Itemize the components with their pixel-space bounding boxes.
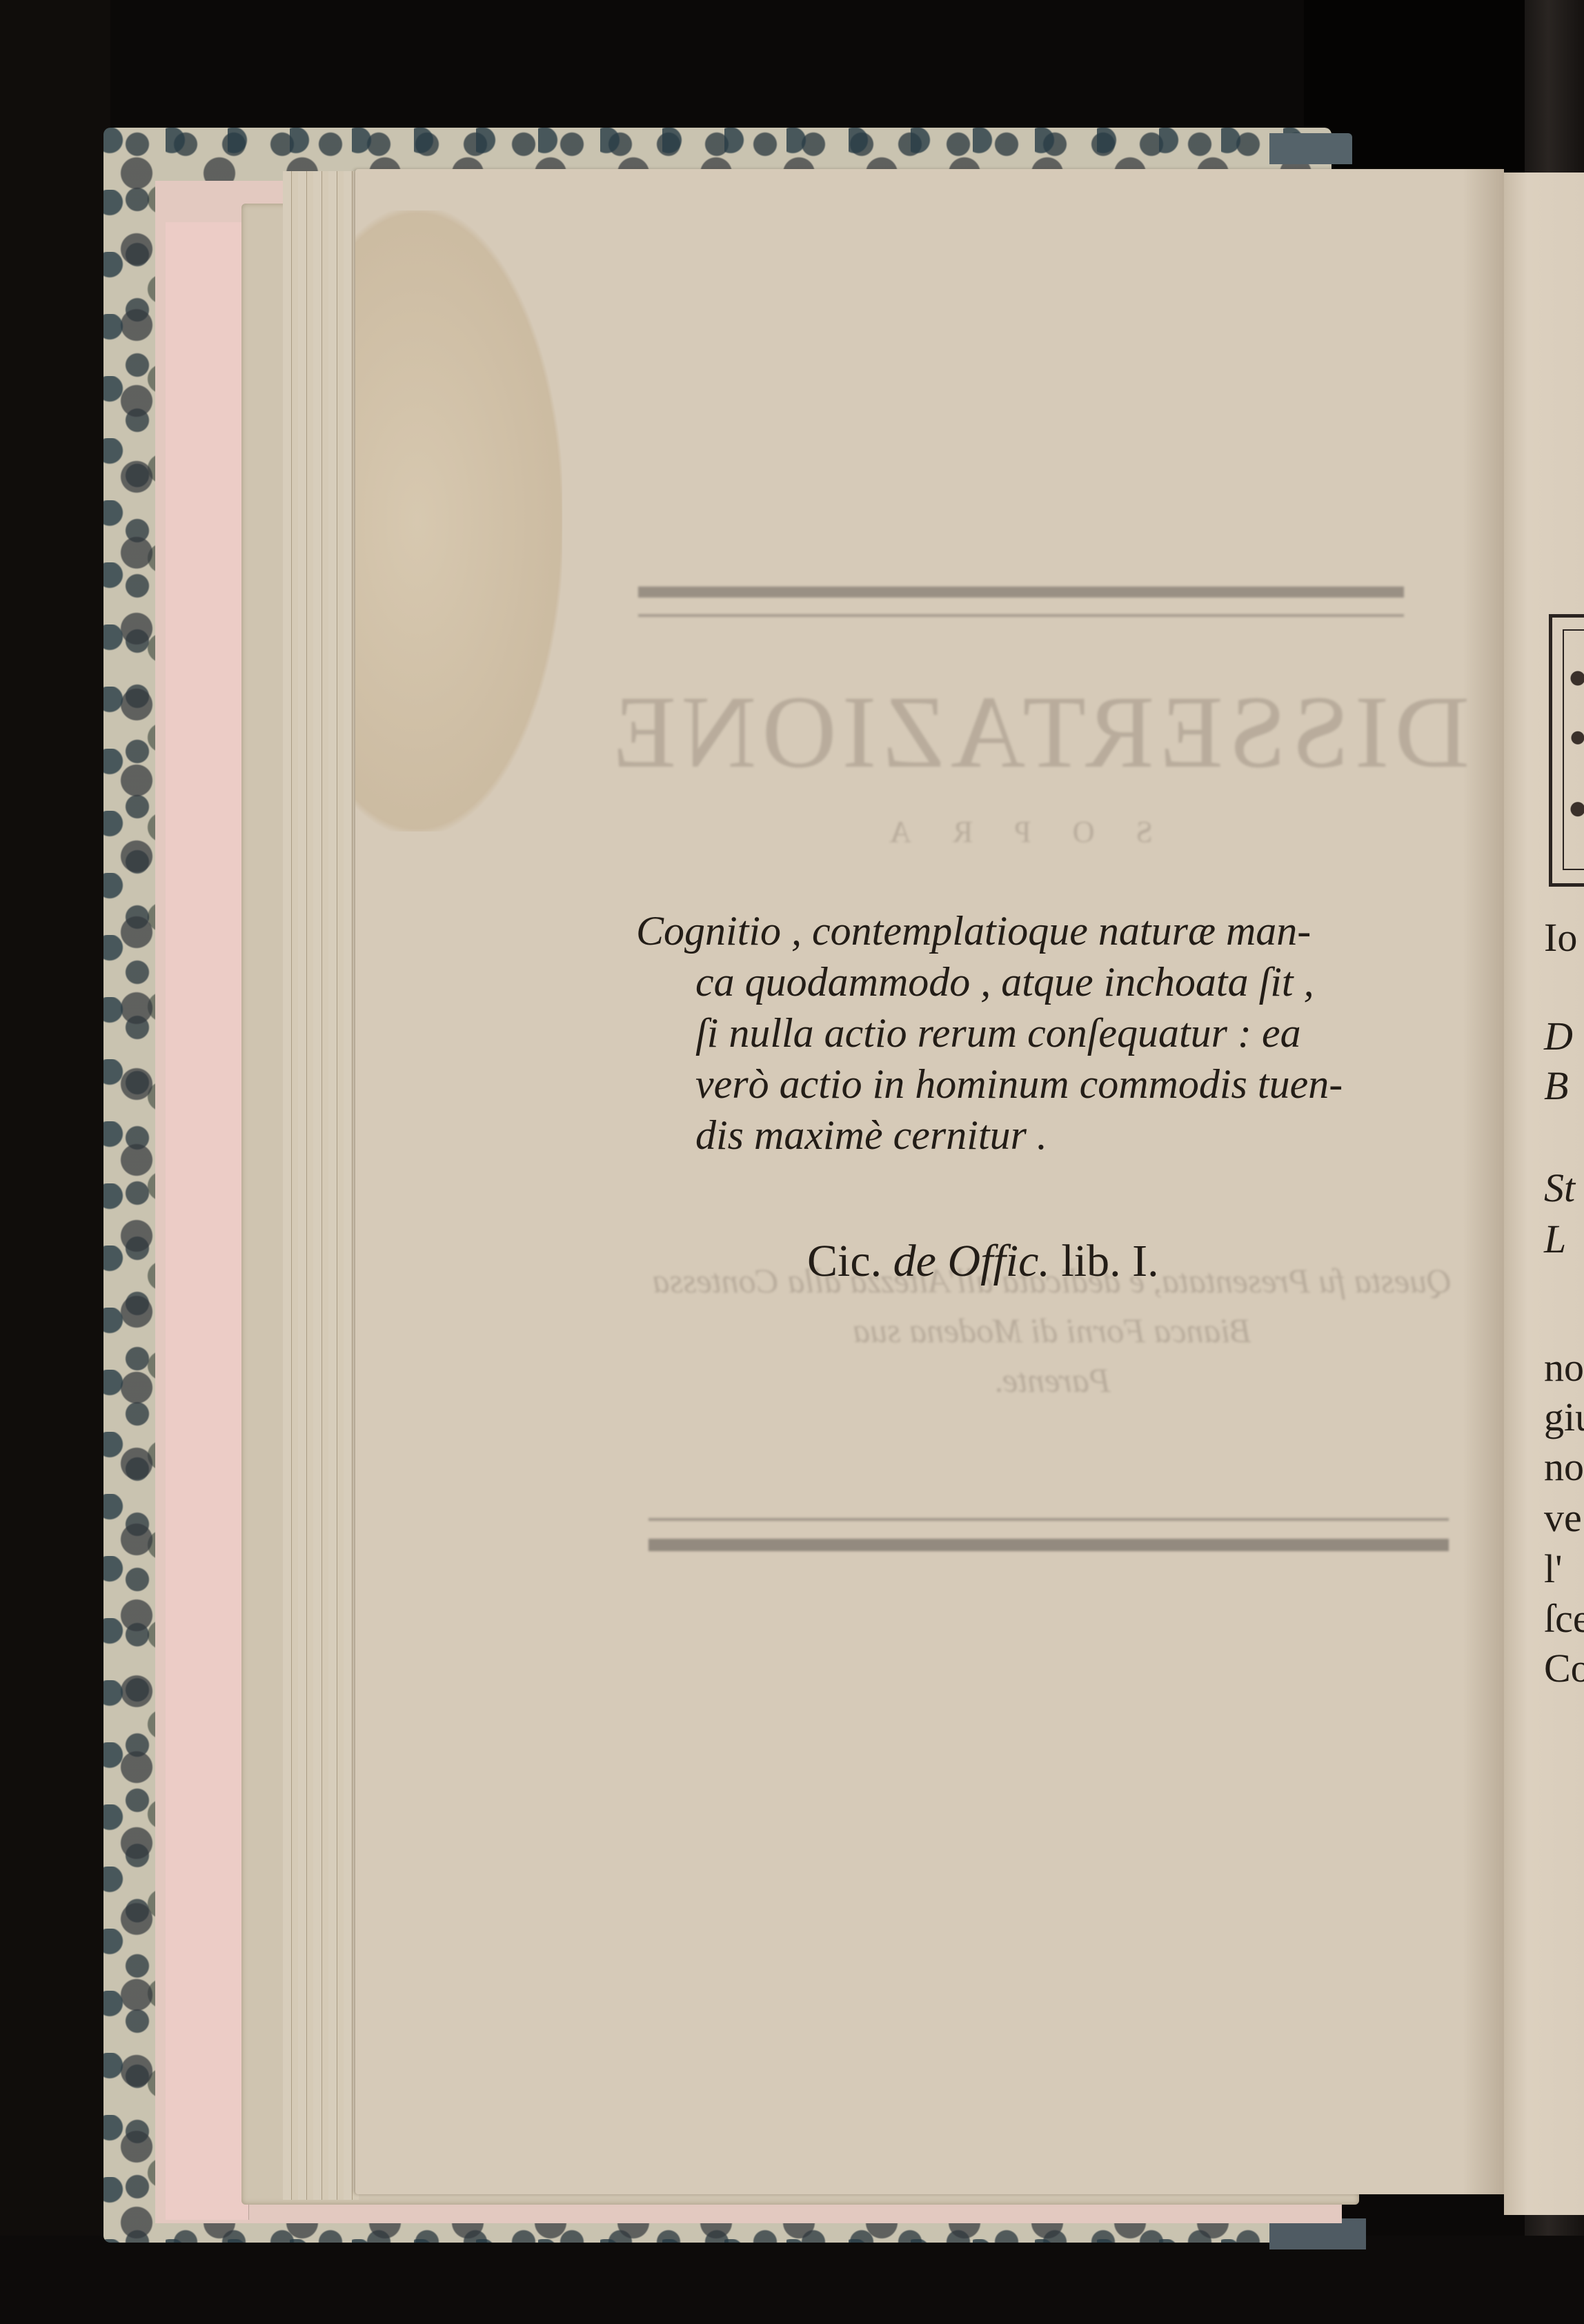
epigraph-citation: Cic. de Offic. lib. I. [807,1235,1159,1288]
facing-page-fragment: no [1544,1344,1584,1390]
epigraph-line: ca quodammodo , atque inchoata ſit , [636,956,1478,1007]
bleed-through-rule-top [638,587,1404,617]
water-stain [355,210,562,831]
facing-page-fragment: L [1544,1216,1566,1262]
epigraph-line: Cognitio , contemplatioque naturæ man- [636,905,1478,956]
citation-book: lib. I. [1061,1236,1158,1286]
ornamental-border-flourish [1563,629,1584,870]
scan-backdrop-left [0,0,110,2324]
page-stack-edges [283,171,359,2200]
facing-page-fragment: St [1544,1165,1575,1211]
facing-page-fragment: ve [1544,1495,1582,1541]
left-page [355,169,1504,2194]
facing-page-fragment: ſce [1544,1595,1584,1642]
epigraph-line: dis maximè cernitur . [636,1110,1478,1161]
epigraph-line: ſi nulla actio rerum conſequatur : ea [636,1007,1478,1058]
facing-page-fragment: l' [1544,1546,1563,1592]
facing-page-fragment: no [1544,1444,1584,1490]
facing-page-fragment: D [1544,1013,1573,1059]
bleed-through-title: DISSERTAZIONE [611,673,1469,791]
epigraph-line: verò actio in hominum commodis tuen- [636,1058,1478,1110]
facing-page-fragment: B [1544,1063,1568,1109]
facing-page-fragment: giu [1544,1394,1584,1440]
bleed-through-rule-bottom [649,1518,1449,1551]
bleed-through-subtitle: SOPRA [690,814,1311,849]
citation-author: Cic. [807,1236,882,1286]
spine-cloth-top [1269,133,1352,164]
pink-endpaper-leaf [166,222,249,2220]
epigraph: Cognitio , contemplatioque naturæ man- c… [636,905,1478,1161]
facing-page-fragment: Co [1544,1645,1584,1691]
facing-page-fragment: Io [1544,914,1577,961]
gutter-shadow [1463,169,1504,2194]
citation-work: de Offic. [893,1236,1050,1286]
